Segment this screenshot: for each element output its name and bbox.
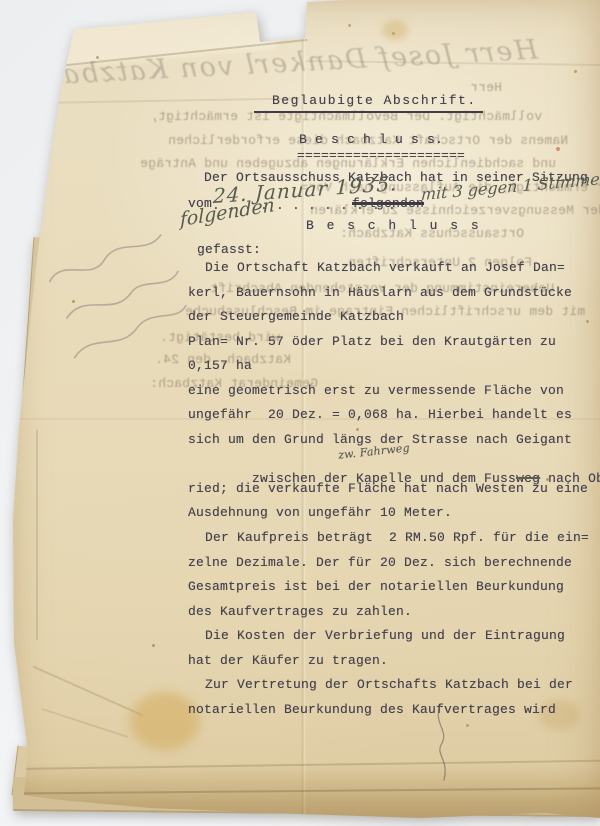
resolution-body: Die Ortschaft Katzbach verkauft an Josef… — [188, 260, 600, 726]
typed-line: Der Kaufpreis beträgt 2 RM.50 Rpf. für d… — [188, 530, 600, 555]
resolution-heading: B e s c h l u s s. — [299, 133, 443, 147]
typed-line: Die Kosten der Verbriefung und der Eintr… — [188, 628, 600, 653]
crease-line — [42, 708, 128, 738]
typed-line: Ausdehnung von ungefähr 10 Meter. — [188, 505, 600, 530]
typed-line: Plan= Nr. 57 öder Platz bei den Krautgär… — [188, 334, 600, 359]
typed-line: 0,157 ha — [188, 358, 600, 383]
typed-line: notariellen Beurkundung des Kaufvertrage… — [188, 702, 600, 727]
typed-line: ungefähr 20 Dez. = 0,068 ha. Hierbei han… — [188, 407, 600, 432]
heading-underline-rule: ===================== — [297, 149, 465, 163]
typed-line-with-correction: zwischen der Kapelle und dem Fussweg nac… — [188, 456, 600, 481]
typed-line: eine geometrisch erst zu vermessende Flä… — [188, 383, 600, 408]
aged-paper-sheet: Herr Josef Dankerl von Katzbach vollmäch… — [0, 0, 600, 826]
gefasst-word: gefasst: — [197, 243, 261, 257]
beschluss-word: B e s c h l u s s — [306, 219, 481, 233]
crease-line — [33, 666, 143, 717]
fox-speck — [574, 70, 577, 73]
typed-line: ried; die verkaufte Fläche hat nach West… — [188, 481, 600, 506]
typed-line: der Steuergemeinde Katzbach — [188, 309, 600, 334]
stain-spot — [382, 20, 408, 40]
typed-line: Zur Vertretung der Ortschafts Katzbach b… — [188, 677, 600, 702]
struck-typed-word: folgenden — [352, 197, 424, 211]
typed-line: hat der Käufer zu tragen. — [188, 653, 600, 678]
typed-line: Die Ortschaft Katzbach verkauft an Josef… — [188, 260, 600, 285]
typed-line: Gesamtpreis ist bei der notariellen Beur… — [188, 579, 600, 604]
typed-line: zelne Dezimale. Der für 20 Dez. sich ber… — [188, 555, 600, 580]
typed-line: des Kaufvertrages zu zahlen. — [188, 604, 600, 629]
scanned-document-stack: Herr Josef Dankerl von Katzbach vollmäch… — [0, 0, 600, 826]
fox-speck — [152, 644, 155, 647]
certification-title: Beglaubigte Abschrift. — [254, 94, 483, 113]
typed-line: kerl, Bauernsohn in Häuslarn aus dem Gru… — [188, 285, 600, 310]
fox-speck — [392, 32, 395, 35]
fox-speck — [348, 24, 351, 27]
crease-line — [36, 430, 38, 640]
